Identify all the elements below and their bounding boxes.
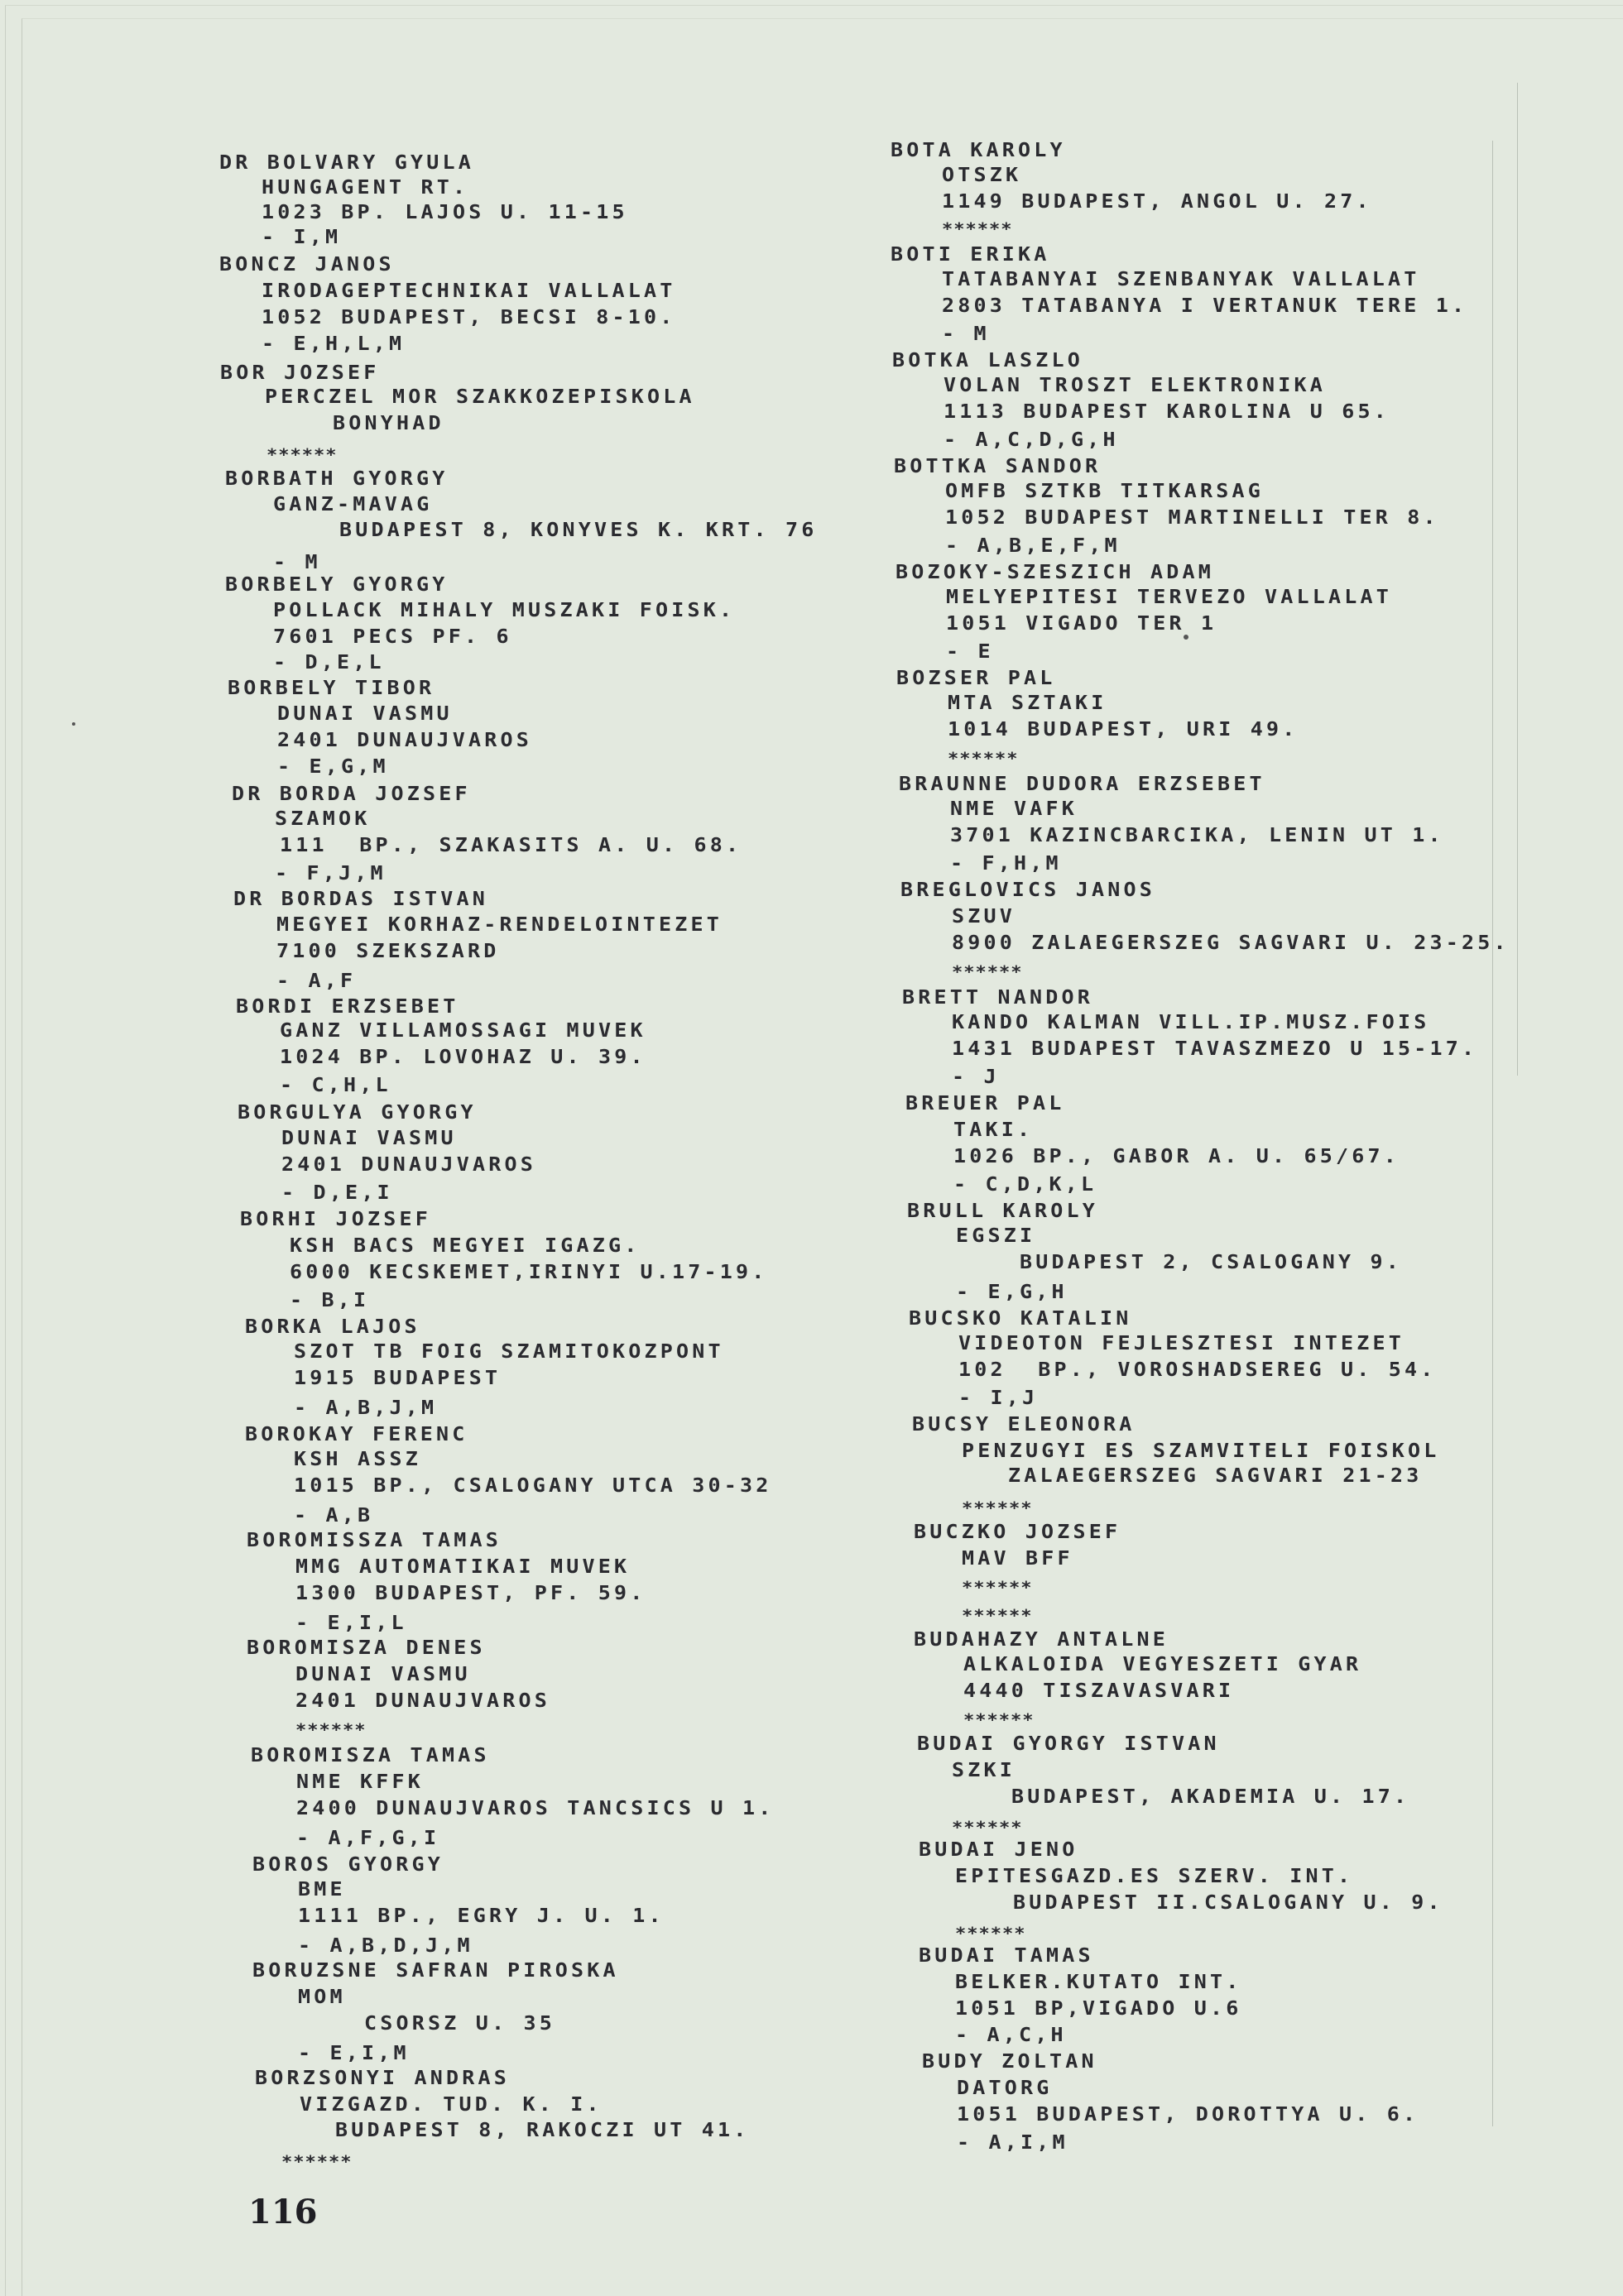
entry-name: BRAUNNE DUDORA ERZSEBET: [899, 773, 1265, 796]
entry-name: BUDAI JENO: [919, 1838, 1078, 1862]
entry-organization: KSH BACS MEGYEI IGAZG.: [290, 1234, 641, 1258]
entry-organization: PERCZEL MOR SZAKKOZEPISKOLA: [265, 386, 695, 409]
entry-organization: KANDO KALMAN VILL.IP.MUSZ.FOIS: [952, 1011, 1430, 1034]
entry-organization: SZKI: [952, 1759, 1016, 1782]
entry-name: BOROMISZA DENES: [247, 1637, 486, 1660]
entry-address: BUDAPEST 8, RAKOCZI UT 41.: [335, 2119, 750, 2142]
entry-name: BREGLOVICS JANOS: [900, 879, 1155, 902]
entry-codes: - F,H,M: [950, 852, 1062, 875]
entry-codes: - E,H,L,M: [262, 333, 405, 356]
entry-organization: MEGYEI KORHAZ-RENDELOINTEZET: [276, 913, 723, 937]
entry-address: BONYHAD: [333, 412, 444, 435]
entry-organization: GANZ-MAVAG: [273, 493, 433, 516]
entry-address: 8900 ZALAEGERSZEG SAGVARI U. 23-25.: [952, 932, 1510, 955]
entry-name: BUCSKO KATALIN: [909, 1307, 1132, 1330]
entry-organization: SZOT TB FOIG SZAMITOKOZPONT: [294, 1340, 724, 1364]
entry-address: 1024 BP. LOVOHAZ U. 39.: [280, 1046, 646, 1069]
entry-organization: MELYEPITESI TERVEZO VALLALAT: [946, 586, 1392, 609]
entry-codes: ******: [942, 218, 1012, 242]
entry-organization: NME VAFK: [950, 798, 1078, 821]
entry-codes: - F,J,M: [275, 862, 387, 885]
entry-address: 2401 DUNAUJVAROS: [277, 729, 532, 752]
entry-organization: BME: [298, 1878, 346, 1901]
entry-address: BUDAPEST, AKADEMIA U. 17.: [1011, 1786, 1409, 1809]
entry-name: BOTTKA SANDOR: [894, 455, 1101, 478]
entry-codes: - J: [952, 1066, 1000, 1089]
entry-name: BOTI ERIKA: [891, 243, 1050, 266]
entry-address: 7601 PECS PF. 6: [273, 626, 512, 649]
entry-name: BOZOKY-SZESZICH ADAM: [896, 561, 1214, 584]
entry-address: ZALAEGERSZEG SAGVARI 21-23: [1008, 1464, 1423, 1488]
entry-organization: MTA SZTAKI: [948, 692, 1107, 715]
entry-name: BOROMISZA TAMAS: [251, 1744, 490, 1767]
entry-address: 1915 BUDAPEST: [294, 1367, 501, 1390]
entry-address: 1300 BUDAPEST, PF. 59.: [295, 1582, 646, 1605]
entry-address: 1431 BUDAPEST TAVASZMEZO U 15-17.: [952, 1038, 1477, 1061]
entry-name: BORBELY TIBOR: [228, 677, 435, 700]
entry-codes: - M: [273, 551, 321, 574]
entry-codes: ******: [266, 444, 337, 467]
entry-codes: - A,I,M: [957, 2131, 1068, 2155]
entry-name: BORKA LAJOS: [245, 1316, 420, 1339]
entry-address: BUDAPEST 8, KONYVES K. KRT. 76: [339, 519, 818, 542]
entry-codes: ******: [962, 1605, 1032, 1628]
entry-codes: - D,E,L: [273, 651, 385, 674]
entry-codes: - I,M: [262, 226, 341, 249]
entry-organization: MMG AUTOMATIKAI MUVEK: [295, 1555, 630, 1579]
entry-codes: - E,I,L: [295, 1612, 407, 1635]
entry-organization: GANZ VILLAMOSSAGI MUVEK: [280, 1019, 646, 1043]
entry-organization: PENZUGYI ES SZAMVITELI FOISKOL: [962, 1440, 1440, 1463]
entry-organization: HUNGAGENT RT.: [262, 176, 468, 199]
entry-name: BOZSER PAL: [896, 667, 1056, 690]
entry-address: 102 BP., VOROSHADSEREG U. 54.: [958, 1359, 1437, 1382]
entry-address: 1023 BP. LAJOS U. 11-15: [262, 201, 628, 224]
entry-address: 6000 KECSKEMET,IRINYI U.17-19.: [290, 1261, 768, 1284]
entry-name: BORZSONYI ANDRAS: [255, 2067, 510, 2090]
entry-address: 1113 BUDAPEST KAROLINA U 65.: [944, 400, 1390, 424]
entry-address: 2803 TATABANYA I VERTANUK TERE 1.: [942, 295, 1467, 318]
entry-codes: ******: [295, 1719, 366, 1742]
entry-codes: - A,B: [294, 1504, 373, 1527]
entry-codes: - A,B,E,F,M: [945, 534, 1121, 558]
entry-name: BORDI ERZSEBET: [236, 995, 459, 1019]
entry-codes: - E,G,M: [277, 755, 389, 779]
entry-separator: ******: [962, 1577, 1032, 1600]
entry-address: 1014 BUDAPEST, URI 49.: [948, 718, 1299, 741]
paper-speck: [72, 722, 75, 726]
entry-organization: POLLACK MIHALY MUSZAKI FOISK.: [273, 599, 735, 622]
bleed-through-rule: [1492, 141, 1493, 2126]
entry-address: 1026 BP., GABOR A. U. 65/67.: [953, 1145, 1400, 1168]
entry-organization: TAKI.: [953, 1119, 1033, 1142]
entry-address: 1051 BP,VIGADO U.6: [955, 1997, 1242, 2020]
bleed-through-rule: [1517, 83, 1518, 1076]
entry-codes: - C,D,K,L: [953, 1173, 1097, 1196]
entry-address: CSORSZ U. 35: [364, 2012, 555, 2035]
entry-name: BORBELY GYORGY: [225, 573, 449, 597]
entry-name: BOROKAY FERENC: [245, 1423, 468, 1446]
entry-codes: ******: [955, 1923, 1025, 1946]
entry-codes: - E: [946, 640, 994, 664]
page-number: 116: [248, 2193, 318, 2231]
entry-name: BOROS GYORGY: [252, 1853, 444, 1877]
entry-address: 1051 BUDAPEST, DOROTTYA U. 6.: [957, 2103, 1419, 2126]
entry-name: BUCZKO JOZSEF: [914, 1521, 1121, 1544]
entry-address: 1015 BP., CSALOGANY UTCA 30-32: [294, 1474, 772, 1498]
entry-address: 7100 SZEKSZARD: [276, 940, 500, 963]
entry-codes: ******: [948, 748, 1018, 771]
entry-organization: NME KFFK: [296, 1771, 424, 1794]
entry-codes: - A,F,G,I: [296, 1827, 439, 1850]
entry-name: DR BOLVARY GYULA: [219, 151, 474, 175]
entry-organization: EPITESGAZD.ES SZERV. INT.: [955, 1865, 1353, 1888]
entry-organization: MOM: [298, 1986, 346, 2009]
entry-address: BUDAPEST II.CSALOGANY U. 9.: [1013, 1891, 1443, 1915]
entry-address: 3701 KAZINCBARCIKA, LENIN UT 1.: [950, 824, 1444, 847]
entry-codes: ******: [952, 1817, 1022, 1840]
entry-name: BORUZSNE SAFRAN PIROSKA: [252, 1959, 619, 1982]
entry-name: BORHI JOZSEF: [240, 1208, 431, 1231]
entry-name: DR BORDAS ISTVAN: [233, 888, 488, 911]
entry-codes: - C,H,L: [280, 1074, 391, 1097]
entry-address: 2401 DUNAUJVAROS: [281, 1153, 536, 1177]
entry-codes: - E,I,M: [298, 2042, 410, 2065]
entry-name: BREUER PAL: [905, 1092, 1065, 1115]
entry-codes: ******: [962, 1498, 1032, 1521]
entry-codes: ******: [952, 961, 1022, 985]
entry-address: 111 BP., SZAKASITS A. U. 68.: [280, 834, 742, 857]
entry-codes: - A,C,D,G,H: [944, 429, 1119, 452]
entry-organization: OMFB SZTKB TITKARSAG: [945, 480, 1264, 503]
entry-organization: DUNAI VASMU: [277, 702, 453, 726]
entry-name: BONCZ JANOS: [219, 253, 395, 276]
entry-codes: - I,J: [958, 1387, 1038, 1410]
entry-name: BORGULYA GYORGY: [238, 1101, 477, 1124]
entry-name: BOTA KAROLY: [891, 139, 1066, 162]
entry-name: BUDAI TAMAS: [919, 1944, 1094, 1968]
entry-codes: - D,E,I: [281, 1182, 393, 1205]
entry-name: BOR JOZSEF: [220, 362, 380, 385]
entry-name: BRETT NANDOR: [902, 986, 1093, 1009]
entry-organization: MAV BFF: [962, 1547, 1073, 1570]
entry-codes: ******: [281, 2151, 352, 2174]
entry-address: 1149 BUDAPEST, ANGOL U. 27.: [942, 190, 1372, 213]
entry-codes: - E,G,H: [956, 1281, 1068, 1304]
entry-organization: SZAMOK: [275, 808, 371, 831]
entry-organization: DATORG: [957, 2077, 1053, 2100]
entry-organization: BELKER.KUTATO INT.: [955, 1971, 1242, 1994]
entry-name: BUDY ZOLTAN: [922, 2050, 1097, 2073]
entry-organization: TATABANYAI SZENBANYAK VALLALAT: [942, 268, 1420, 291]
entry-name: DR BORDA JOZSEF: [232, 783, 471, 806]
entry-codes: - B,I: [290, 1289, 369, 1312]
entry-codes: - A,B,J,M: [294, 1397, 437, 1420]
entry-name: BUDAI GYORGY ISTVAN: [917, 1733, 1220, 1756]
entry-organization: KSH ASSZ: [294, 1448, 421, 1471]
paper-speck: [1184, 635, 1188, 640]
entry-organization: IRODAGEPTECHNIKAI VALLALAT: [262, 280, 676, 303]
entry-organization: VOLAN TROSZT ELEKTRONIKA: [944, 374, 1326, 397]
entry-address: 2400 DUNAUJVAROS TANCSICS U 1.: [296, 1797, 775, 1820]
entry-codes: - A,F: [276, 970, 356, 993]
entry-name: BOROMISSZA TAMAS: [247, 1529, 502, 1552]
entry-organization: EGSZI: [956, 1225, 1035, 1248]
entry-address: 1111 BP., EGRY J. U. 1.: [298, 1905, 665, 1928]
entry-name: BRULL KAROLY: [907, 1200, 1098, 1223]
entry-organization: SZUV: [952, 905, 1016, 928]
entry-codes: ******: [963, 1709, 1034, 1733]
entry-codes: - A,B,D,J,M: [298, 1934, 473, 1958]
entry-address: BUDAPEST 2, CSALOGANY 9.: [1020, 1251, 1402, 1274]
entry-address: 1052 BUDAPEST, BECSI 8-10.: [262, 306, 676, 329]
entry-address: 2401 DUNAUJVAROS: [295, 1690, 550, 1713]
entry-name: BUCSY ELEONORA: [912, 1413, 1136, 1436]
entry-address: 1051 VIGADO TER 1: [946, 612, 1217, 635]
entry-organization: VIDEOTON FEJLESZTESI INTEZET: [958, 1332, 1405, 1355]
entry-organization: DUNAI VASMU: [295, 1663, 471, 1686]
entry-codes: - A,C,H: [955, 2024, 1067, 2047]
entry-organization: DUNAI VASMU: [281, 1127, 457, 1150]
entry-organization: VIZGAZD. TUD. K. I.: [300, 2093, 603, 2116]
entry-organization: ALKALOIDA VEGYESZETI GYAR: [963, 1653, 1361, 1676]
entry-address: 4440 TISZAVASVARI: [963, 1680, 1234, 1703]
entry-name: BORBATH GYORGY: [225, 467, 449, 491]
entry-address: 1052 BUDAPEST MARTINELLI TER 8.: [945, 506, 1439, 530]
entry-name: BUDAHAZY ANTALNE: [914, 1628, 1169, 1651]
entry-codes: - M: [942, 323, 990, 346]
entry-name: BOTKA LASZLO: [892, 349, 1083, 372]
entry-organization: OTSZK: [942, 164, 1021, 187]
